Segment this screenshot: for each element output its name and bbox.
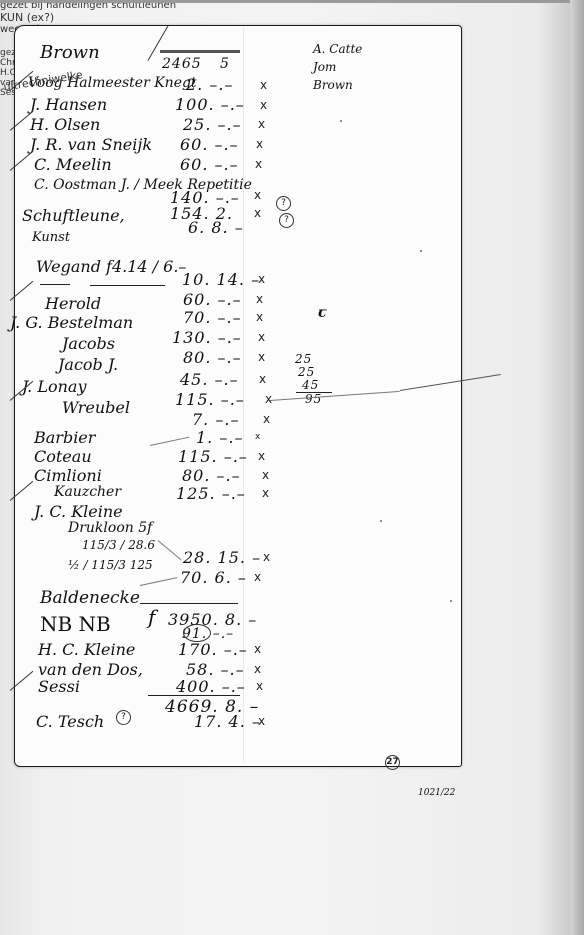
sum-figure: 25 [298, 365, 315, 379]
ink-blot: ꞇ [318, 305, 327, 321]
entry-amount: 10. 14. – [182, 270, 260, 289]
checkmark-x: x [255, 157, 262, 171]
entry-amount: 100. –.– [175, 95, 245, 114]
entry-amount: 6. 8. – [188, 218, 244, 237]
checkmark-x: x [258, 117, 265, 131]
query-circle-icon: ? [116, 710, 131, 725]
margin-note: A. Catte [313, 42, 362, 56]
entry-amount: 70. –.– [183, 308, 242, 327]
checkmark-x: x [262, 486, 269, 500]
entry-name: Schuftleune, [22, 206, 125, 225]
entry-amount: 2. –.– [186, 75, 233, 94]
entry-name: Barbier [34, 428, 95, 447]
entry-amount: 60. –.– [183, 290, 242, 309]
entry-name: J. G. Bestelman [10, 313, 133, 332]
sum-figure: 25 [295, 352, 312, 366]
ink-speck [420, 250, 422, 252]
scan-right-shadow [570, 0, 584, 935]
checkmark-x: x [256, 292, 263, 306]
archive-reference: 1021/22 [418, 788, 455, 798]
checkmark-x: x [254, 188, 261, 202]
entry-amount: 115. –.– [175, 390, 245, 409]
nb-marker: NB NB [40, 612, 111, 636]
query-circle-icon: ? [276, 196, 291, 211]
checkmark-x: x [263, 550, 270, 564]
entry-name: J. Hansen [30, 95, 107, 114]
entry-name: Herold [45, 294, 101, 313]
entry-name: Wegand f4.14 / 6.– [36, 257, 186, 276]
entry-amount: 115. –.– [178, 447, 248, 466]
checkmark-x: x [256, 679, 263, 693]
entry-name: Drukloon 5f [68, 520, 152, 536]
entry-amount: 170. –.– [178, 640, 248, 659]
checkmark-x: x [258, 330, 265, 344]
entry-amount: 400. –.– [176, 677, 246, 696]
entry-name: Wreubel [62, 398, 130, 417]
checkmark-x: x [254, 206, 261, 220]
checkmark-x: x [254, 642, 261, 656]
checkmark-x: x [260, 78, 267, 92]
ink-speck [450, 600, 452, 602]
query-circle-icon: ? [279, 213, 294, 228]
entry-amount: 28. 15. – [183, 548, 261, 567]
checkmark-x: x [254, 662, 261, 676]
entry-amount: 7. –.– [192, 410, 239, 429]
entry-name: ½ / 115/3 125 [68, 558, 153, 572]
sum-figure: 95 [305, 392, 322, 406]
checkmark-x: x [262, 468, 269, 482]
checkmark-x: x [256, 137, 263, 151]
entry-amount: 70. 6. – [180, 568, 247, 587]
checkmark-x: x [254, 570, 261, 584]
entry-amount: 125. –.– [176, 484, 246, 503]
currency-symbol: f [148, 605, 156, 629]
margin-note: Brown [313, 78, 353, 92]
entry-name: C. Meelin [34, 155, 112, 174]
entry-name: Baldenecke [40, 588, 140, 608]
margin-note: Jom [313, 60, 336, 74]
entry-name: C. Tesch [36, 712, 104, 731]
entry-name: Kauzcher [54, 484, 121, 500]
entry-amount: 130. –.– [172, 328, 242, 347]
entry-name: Sessi [38, 677, 80, 696]
header-name: Brown [40, 42, 100, 63]
entry-amount: 45. –.– [180, 370, 239, 389]
entry-name: H. C. Kleine [38, 640, 135, 659]
entry-name: J. C. Kleine [34, 502, 123, 521]
checkmark-x: x [258, 449, 265, 463]
entry-amount: 60. –.– [180, 155, 239, 174]
entry-name: Cimlioni [34, 466, 102, 485]
checkmark-x: x [260, 98, 267, 112]
ink-speck [340, 120, 342, 122]
entry-name: Jacobs [62, 334, 115, 353]
checkmark-x: x [256, 310, 263, 324]
entry-amount: 17. 4. – [194, 712, 261, 731]
entry-name: J. R. van Sneijk [30, 135, 152, 154]
entry-name: Kunst [32, 230, 70, 245]
checkmark-x: x [265, 392, 272, 406]
checkmark-x: x [259, 372, 266, 386]
entry-amount: 25. –.– [183, 115, 242, 134]
checkmark-x: x [258, 272, 265, 286]
checkmark-x: x [258, 350, 265, 364]
sum-figure: 45 [302, 378, 319, 392]
entry-name: H. Olsen [30, 115, 100, 134]
total-rule [148, 695, 240, 696]
checkmark-x: x [255, 432, 260, 442]
entry-name: Coteau [34, 447, 92, 466]
checkmark-x: x [258, 714, 265, 728]
page-number-circle: 27 [385, 755, 400, 770]
entry-amount: 80. –.– [182, 466, 241, 485]
entry-name: Jacob J. [58, 355, 118, 374]
checkmark-x: x [263, 412, 270, 426]
underline [90, 285, 165, 286]
total-rule [140, 603, 238, 604]
underline [40, 284, 70, 285]
entry-amount: 60. –.– [180, 135, 239, 154]
entry-amount: 80. –.– [183, 348, 242, 367]
entry-name: 115/3 / 28.6 [82, 538, 155, 552]
entry-amount: 1. –.– [196, 428, 243, 447]
ink-speck [380, 520, 382, 522]
